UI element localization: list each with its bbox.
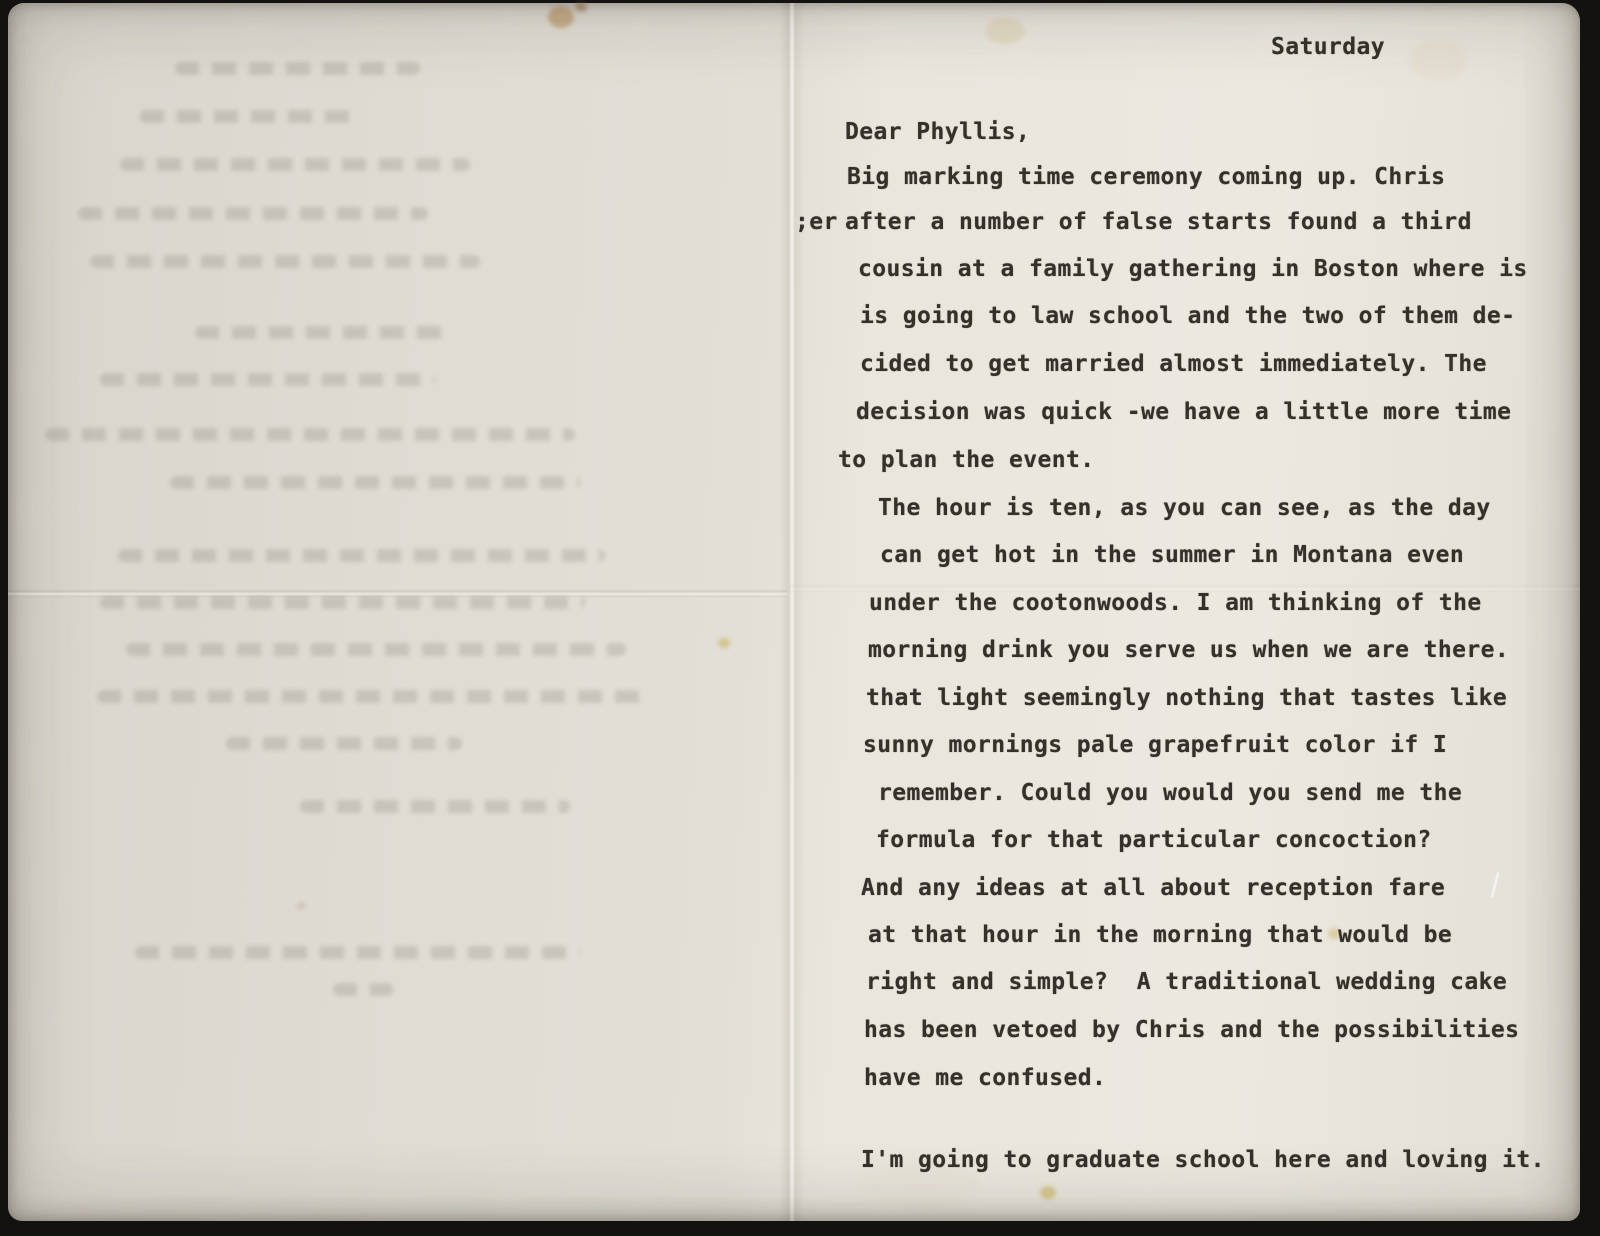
letter-line: decision was quick -we have a little mor… bbox=[856, 400, 1511, 425]
letter-line: morning drink you serve us when we are t… bbox=[868, 638, 1509, 663]
fold-text-fragment: ;er bbox=[795, 210, 838, 235]
salutation-line: Dear Phyllis, bbox=[845, 120, 1030, 145]
letter-line: formula for that particular concoction? bbox=[876, 828, 1432, 853]
letter-line: remember. Could you would you send me th… bbox=[878, 781, 1462, 806]
letter-line: right and simple? A traditional wedding … bbox=[866, 970, 1507, 995]
letter-line: have me confused. bbox=[864, 1066, 1106, 1091]
letter-line: And any ideas at all about reception far… bbox=[861, 876, 1445, 901]
letter-line: after a number of false starts found a t… bbox=[845, 210, 1472, 235]
letter-line: sunny mornings pale grapefruit color if … bbox=[863, 733, 1447, 758]
scanned-letter-screenshot: { "scan": { "background_color": "#131210… bbox=[0, 0, 1600, 1236]
letter-line: under the cootonwoods. I am thinking of … bbox=[869, 591, 1482, 616]
letter-line: has been vetoed by Chris and the possibi… bbox=[864, 1018, 1519, 1043]
letter-line: cided to get married almost immediately.… bbox=[860, 352, 1487, 377]
letter-line: is going to law school and the two of th… bbox=[860, 304, 1515, 329]
letter-line: that light seemingly nothing that tastes… bbox=[866, 686, 1507, 711]
letter-date: Saturday bbox=[1271, 35, 1385, 60]
letter-line: can get hot in the summer in Montana eve… bbox=[880, 543, 1464, 568]
letter-line: to plan the event. bbox=[838, 448, 1094, 473]
scan-background: SaturdayDear Phyllis,Big marking time ce… bbox=[0, 0, 1600, 1236]
letter-line: The hour is ten, as you can see, as the … bbox=[878, 496, 1491, 521]
letter-line: I'm going to graduate school here and lo… bbox=[861, 1148, 1545, 1173]
letter-line: Big marking time ceremony coming up. Chr… bbox=[847, 165, 1445, 190]
letter-body: SaturdayDear Phyllis,Big marking time ce… bbox=[0, 0, 1600, 1236]
letter-line: cousin at a family gathering in Boston w… bbox=[858, 257, 1528, 282]
letter-line: at that hour in the morning that would b… bbox=[868, 923, 1452, 948]
